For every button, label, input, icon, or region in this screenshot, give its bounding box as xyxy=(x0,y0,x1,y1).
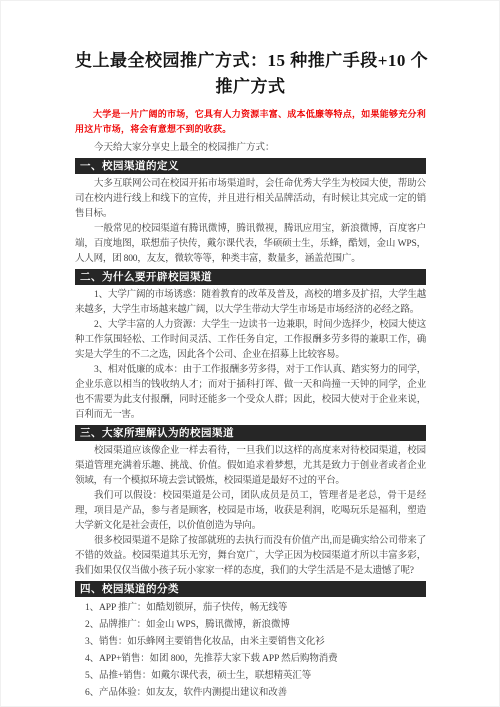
list-item: 4、APP+销售：如团 800，先推荐大家下载 APP 然后购物消费 xyxy=(85,651,426,668)
paragraph: 2、大学丰富的人力资源：大学生一边读书一边兼职，时间少选择少，校园大使这种工作氛… xyxy=(75,318,426,363)
list-item: 5、品推+销售：如戴尔课代表，硕士生，联想精英汇等 xyxy=(85,668,426,685)
document-page: 史上最全校园推广方式：15 种推广手段+10 个 推广方式 大学是一片广阔的市场… xyxy=(0,0,500,707)
section-header-common-understanding: 三、大家所理解认为的校园渠道 xyxy=(75,425,426,441)
paragraph: 大多互联网公司在校园开拓市场渠道时，会任命优秀大学生为校园大使，帮助公司在校内进… xyxy=(75,177,426,222)
page-title-line-1: 史上最全校园推广方式：15 种推广手段+10 个 xyxy=(75,48,426,74)
highlight-note: 大学是一片广阔的市场，它具有人力资源丰富、成本低廉等特点，如果能够充分利用这片市… xyxy=(75,107,426,137)
page-title: 史上最全校园推广方式：15 种推广手段+10 个 推广方式 xyxy=(75,48,426,100)
intro-line: 今天给大家分享史上最全的校园推广方式： xyxy=(75,141,426,156)
paragraph: 我们可以假设：校园渠道是公司，团队成员是员工，管理者是老总，骨干是经理，项目是产… xyxy=(75,489,426,534)
section-header-definition: 一、校园渠道的定义 xyxy=(75,158,426,174)
list-item: 1、APP 推广：如酷划锁屏，茄子快传，畅无线等 xyxy=(85,600,426,617)
list-item: 3、销售：如乐蜂网主要销售化妆品，由米主要销售文化衫 xyxy=(85,634,426,651)
paragraph: 3、相对低廉的成本：由于工作报酬多劳多得，对于工作认真、踏实努力的同学，企业乐意… xyxy=(75,363,426,423)
page-title-line-2: 推广方式 xyxy=(75,74,426,100)
paragraph: 很多校园渠道不是除了按部就班的去执行而没有价值产出,而是确实给公司带来了不错的效… xyxy=(75,534,426,579)
paragraph: 一般常见的校园渠道有腾讯微博，腾讯微视，腾讯应用宝，新浪微博，百度客户端，百度地… xyxy=(75,222,426,267)
list-item: 2、品牌推广：如金山 WPS，腾讯微博，新浪微博 xyxy=(85,617,426,634)
paragraph: 校园渠道应该像企业一样去看待，一旦我们以这样的高度来对待校园渠道，校园渠道管理充… xyxy=(75,444,426,489)
list-item: 6、产品体验：如友友，软件内测提出建议和改善 xyxy=(85,685,426,702)
section-header-channel-categories: 四、校园渠道的分类 xyxy=(75,581,426,597)
paragraph: 1、大学广阔的市场诱惑：随着教育的改革及普及，高校的增多及扩招，大学生越来越多，… xyxy=(75,288,426,318)
section-header-why-open-channel: 二、为什么要开辟校园渠道 xyxy=(75,269,426,285)
document-background: { "page": { "title_lines": [ "史上最全校园推广方式… xyxy=(0,0,500,707)
